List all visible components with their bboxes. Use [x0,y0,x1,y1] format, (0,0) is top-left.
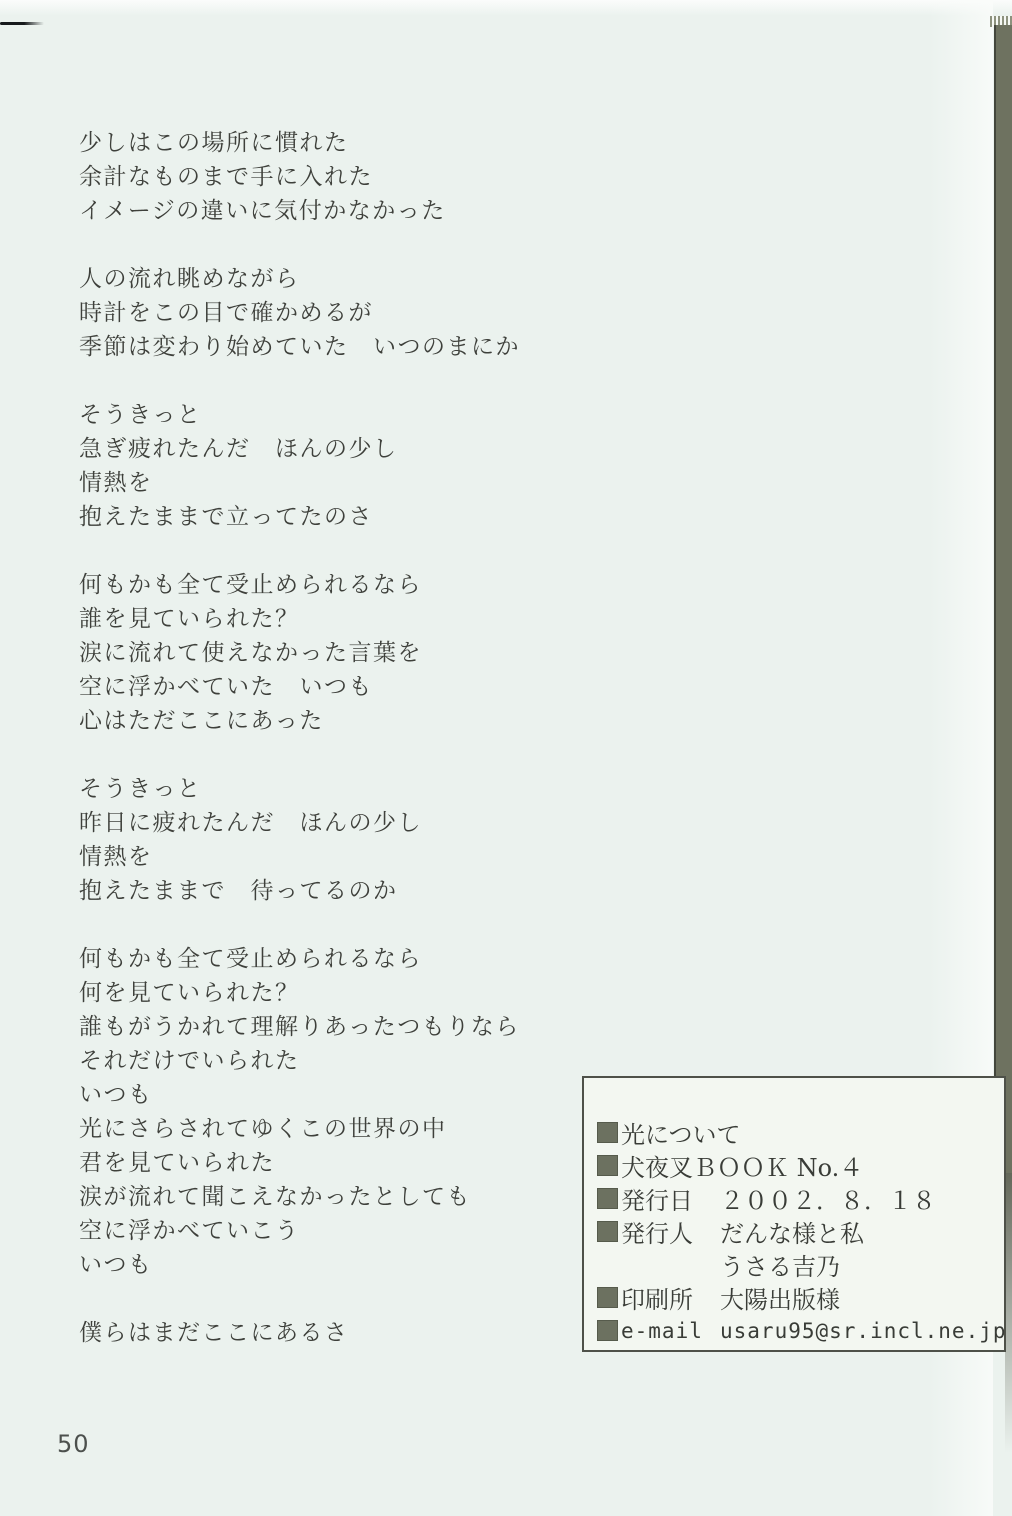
colophon-row: e-mailusaru95@sr.incl.ne.jp [597,1314,1004,1347]
lyric-line: 抱えたままで 待ってるのか [79,874,520,908]
bullet-square-icon [597,1155,618,1176]
colophon-label: 発行日 [621,1181,720,1216]
lyric-line: いつも [79,1078,520,1112]
colophon-title: 光について [621,1115,741,1150]
lyric-line: 情熱を [79,840,520,874]
lyric-line: 誰もがうかれて理解りあったつもりなら [79,1010,520,1044]
lyric-line: 人の流れ眺めながら [79,262,520,296]
colophon-row: うさる吉乃 [597,1248,1004,1281]
lyric-line: 光にさらされてゆくこの世界の中 [79,1112,520,1146]
colophon-row: 発行日２００２．８．１８ [597,1182,1004,1215]
colophon-row: 光について [597,1116,1004,1149]
lyrics-stanza: そうきっと急ぎ疲れたんだ ほんの少し情熱を抱えたままで立ってたのさ [79,398,520,534]
lyric-line: それだけでいられた [79,1044,520,1078]
book-edge-strip-tail [1005,1173,1012,1453]
colophon-row: 発行人だんな様と私 [597,1215,1004,1248]
lyric-line: そうきっと [79,398,520,432]
lyric-line: 君を見ていられた [79,1146,520,1180]
lyric-line: 少しはこの場所に慣れた [79,126,520,160]
lyric-line: 急ぎ疲れたんだ ほんの少し [79,432,520,466]
bullet-square-icon [597,1320,618,1341]
bullet-square-icon [597,1221,618,1242]
colophon-value: usaru95@sr.incl.ne.jp [720,1319,1007,1343]
lyric-line: 何を見ていられた？ [79,976,520,1010]
lyric-line: 涙に流れて使えなかった言葉を [79,636,520,670]
colophon-row: 犬夜叉ＢＯＯＫ No.４ [597,1149,1004,1182]
lyrics-stanza: 僕らはまだここにあるさ [79,1316,520,1350]
lyrics-stanza: 人の流れ眺めながら時計をこの目で確かめるが季節は変わり始めていた いつのまにか [79,262,520,364]
colophon-label: 印刷所 [621,1280,720,1315]
lyric-line: 余計なものまで手に入れた [79,160,520,194]
lyric-line: 空に浮かべていこう [79,1214,520,1248]
lyrics-stanza: そうきっと昨日に疲れたんだ ほんの少し情熱を抱えたままで 待ってるのか [79,772,520,908]
lyric-line: 抱えたままで立ってたのさ [79,500,520,534]
lyric-line: 情熱を [79,466,520,500]
lyric-line: 何もかも全て受止められるなら [79,568,520,602]
scan-artifact-line [0,22,44,25]
bullet-square-icon [597,1287,618,1308]
colophon-value: 大陽出版様 [720,1280,840,1315]
colophon-value: だんな様と私 [720,1214,864,1249]
colophon-title: 犬夜叉ＢＯＯＫ No.４ [621,1148,863,1183]
bullet-square-icon [597,1188,618,1209]
book-edge-strip [994,25,1012,1173]
lyric-line: 季節は変わり始めていた いつのまにか [79,330,520,364]
lyric-line: いつも [79,1248,520,1282]
lyric-line: 何もかも全て受止められるなら [79,942,520,976]
lyrics-stanza: 何もかも全て受止められるなら誰を見ていられた？涙に流れて使えなかった言葉を空に浮… [79,568,520,738]
page-number: 50 [57,1430,90,1458]
bullet-spacer [597,1254,618,1275]
colophon-label: e-mail [621,1319,720,1343]
lyric-line: 心はただここにあった [79,704,520,738]
bullet-square-icon [597,1122,618,1143]
lyric-line: 僕らはまだここにあるさ [79,1316,520,1350]
lyric-line: 涙が流れて聞こえなかったとしても [79,1180,520,1214]
lyric-line: 誰を見ていられた？ [79,602,520,636]
colophon-value: うさる吉乃 [720,1247,840,1282]
colophon-label: 発行人 [621,1214,720,1249]
colophon-box: 光について犬夜叉ＢＯＯＫ No.４発行日２００２．８．１８発行人だんな様と私うさ… [582,1076,1006,1352]
lyrics-stanza: 何もかも全て受止められるなら何を見ていられた？誰もがうかれて理解りあったつもりな… [79,942,520,1282]
lyric-line: 昨日に疲れたんだ ほんの少し [79,806,520,840]
colophon-row: 印刷所大陽出版様 [597,1281,1004,1314]
lyrics-block: 少しはこの場所に慣れた余計なものまで手に入れたイメージの違いに気付かなかった人の… [79,126,520,1384]
lyric-line: イメージの違いに気付かなかった [79,194,520,228]
lyrics-stanza: 少しはこの場所に慣れた余計なものまで手に入れたイメージの違いに気付かなかった [79,126,520,228]
scanned-page: 少しはこの場所に慣れた余計なものまで手に入れたイメージの違いに気付かなかった人の… [0,0,1012,1516]
top-edge-highlight [0,0,1012,16]
lyric-line: 時計をこの目で確かめるが [79,296,520,330]
lyric-line: 空に浮かべていた いつも [79,670,520,704]
lyric-line: そうきっと [79,772,520,806]
colophon-value: ２００２．８．１８ [720,1181,936,1216]
